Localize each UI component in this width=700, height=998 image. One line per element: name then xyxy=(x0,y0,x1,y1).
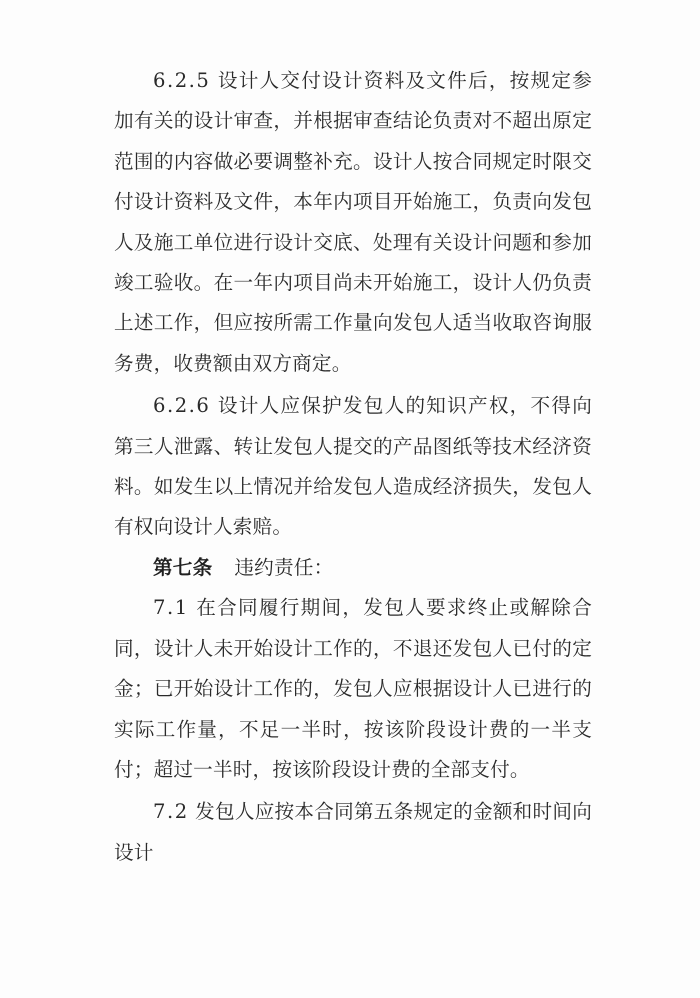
article-title: 违约责任： xyxy=(234,556,333,579)
clause-6-2-6: 6.2.6 设计人应保护发包人的知识产权，不得向第三人泄露、转让发包人提交的产品… xyxy=(114,386,592,548)
article-heading: 第七条违约责任： xyxy=(114,548,592,588)
clause-text: 在合同履行期间，发包人要求终止或解除合同，设计人未开始设计工作的，不退还发包人已… xyxy=(114,596,592,781)
clause-7-1: 7.1 在合同履行期间，发包人要求终止或解除合同，设计人未开始设计工作的，不退还… xyxy=(114,588,592,790)
clause-7-2: 7.2 发包人应按本合同第五条规定的金额和时间向设计 xyxy=(114,792,592,873)
document-body: 6.2.5 设计人交付设计资料及文件后，按规定参加有关的设计审查，并根据审查结论… xyxy=(114,61,592,873)
clause-number: 6.2.6 xyxy=(153,394,210,417)
clause-6-2-5: 6.2.5 设计人交付设计资料及文件后，按规定参加有关的设计审查，并根据审查结论… xyxy=(114,61,592,384)
clause-number: 6.2.5 xyxy=(153,69,210,92)
clause-number: 7.1 xyxy=(153,596,189,619)
article-label: 第七条 xyxy=(153,556,212,579)
clause-text: 设计人交付设计资料及文件后，按规定参加有关的设计审查，并根据审查结论负责对不超出… xyxy=(114,69,592,375)
document-page: 6.2.5 设计人交付设计资料及文件后，按规定参加有关的设计审查，并根据审查结论… xyxy=(0,0,700,998)
clause-number: 7.2 xyxy=(153,800,189,823)
